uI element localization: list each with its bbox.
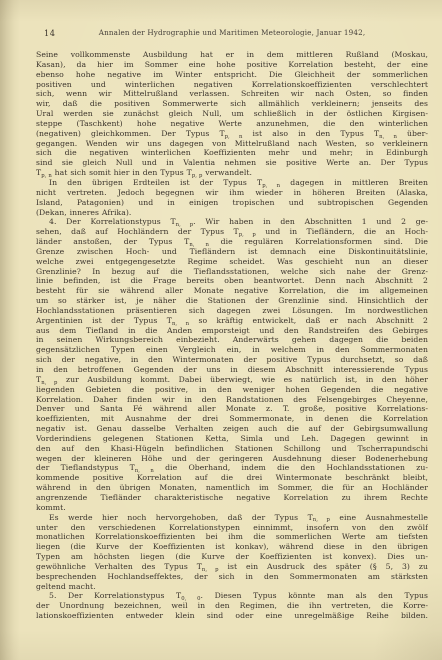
text-line: sich, wenn wir Mittelrußland verlassen. …: [36, 89, 428, 99]
text-line: angrenzende Tiefländer charakteristische…: [36, 493, 428, 503]
text-line: 5. Der Korrelationstypus T0, 0. Diesen T…: [36, 591, 428, 601]
text-line: Argentinien ist der Typus Tn, n so kräft…: [36, 316, 428, 326]
page-number: 14: [44, 28, 56, 38]
text-line: der Tieflandstypus Tn, n die Oberhand, i…: [36, 463, 428, 473]
text-line: welche zwei entgegengesetzte Regime sche…: [36, 257, 428, 267]
text-line: linie befinden, ist die Frage bereits ob…: [36, 276, 428, 286]
text-line: besteht für sie während aller Monate neg…: [36, 286, 428, 296]
text-line: Seine vollkommenste Ausbildung hat er in…: [36, 50, 428, 60]
text-line: um so stärker ist, je näher die Statione…: [36, 296, 428, 306]
text-line: liegen (die Kurve der Koeffizienten ist …: [36, 542, 428, 552]
scanned-document-page: 14 Annalen der Hydrographie und Maritime…: [0, 0, 442, 660]
text-line: gewöhnliche Verhalten des Typus Tn, p is…: [36, 562, 428, 572]
paragraph: 5. Der Korrelationstypus T0, 0. Diesen T…: [36, 591, 428, 621]
text-line: gegangen. Wenden wir uns dagegen von Mit…: [36, 139, 428, 149]
text-line: Ural werden sie zunächst gleich Null, um…: [36, 109, 428, 119]
text-line: In den übrigen Erdteilen ist der Typus T…: [36, 178, 428, 188]
text-line: (Dekan, inneres Afrika).: [36, 208, 428, 218]
text-line: in den betroffenen Gegenden der uns in d…: [36, 365, 428, 375]
text-line: Vorderindiens gelegenen Stationen Ketta,…: [36, 434, 428, 444]
running-header: 14 Annalen der Hydrographie und Maritime…: [36, 28, 428, 40]
text-line: gegensätzlichen Typen einen Vergleich ei…: [36, 345, 428, 355]
text-line: Es werde hier noch hervorgehoben, daß de…: [36, 513, 428, 523]
text-line: steppe (Taschkent) hohe negative Werte a…: [36, 119, 428, 129]
text-line: besprechenden Hochlandseffektes, der sic…: [36, 572, 428, 582]
text-line: den auf den Khasi-Hügeln befindlichen St…: [36, 444, 428, 454]
text-line: Kasan), da hier im Sommer eine hohe posi…: [36, 60, 428, 70]
text-line: Korrelation. Daher finden wir in den Ran…: [36, 395, 428, 405]
text-line: in seinen Wirkungsbereich einbezieht. An…: [36, 335, 428, 345]
text-line: geltend macht.: [36, 582, 428, 592]
text-line: Island, Patagonien) und in einigen tropi…: [36, 198, 428, 208]
text-line: länder anstoßen, der Typus Tn, n die reg…: [36, 237, 428, 247]
text-line: (negativen) gleichkommen. Der Typus Tp, …: [36, 129, 428, 139]
text-line: Hochlandsstationen präsentieren sich dag…: [36, 306, 428, 316]
paragraph: 4. Der Korrelationstypus Tn, p. Wir habe…: [36, 217, 428, 512]
text-line: sich die negativen winterlichen Koeffizi…: [36, 148, 428, 158]
text-line: Tp, n hat sich somit hier in den Typus T…: [36, 168, 428, 178]
journal-title: Annalen der Hydrographie und Maritimen M…: [36, 28, 428, 37]
text-line: sind sie gleich Null und in Valentia neh…: [36, 158, 428, 168]
text-line: während in den übrigen Monaten, namentli…: [36, 483, 428, 493]
text-line: ebenso hohe negative im Winter entsprich…: [36, 70, 428, 80]
text-line: sich der negative, in den Wintermonaten …: [36, 355, 428, 365]
text-line: 4. Der Korrelationstypus Tn, p. Wir habe…: [36, 217, 428, 227]
text-line: negativ ist. Genau dasselbe Verhalten ze…: [36, 424, 428, 434]
text-line: liegenden Gebieten die positive, in den …: [36, 385, 428, 395]
text-line: sehen, daß auf Hochländern der Typus Tp,…: [36, 227, 428, 237]
text-line: nicht vertreten. Jedoch begegnen wir ihm…: [36, 188, 428, 198]
text-line: kommende positive Korrelation auf die dr…: [36, 473, 428, 483]
paragraph: Es werde hier noch hervorgehoben, daß de…: [36, 513, 428, 592]
text-line: Grenzlinie? In bezug auf die Tieflandsst…: [36, 267, 428, 277]
text-line: Denver und Santa Fé während aller Monate…: [36, 404, 428, 414]
text-line: kommt.: [36, 503, 428, 513]
text-line: Tn, p zur Ausbildung kommt. Dabei überwi…: [36, 375, 428, 385]
text-line: aus dem Tiefland in die Anden emporsteig…: [36, 326, 428, 336]
text-line: Grenze zwischen Hoch- und Tiefländern is…: [36, 247, 428, 257]
text-line: lationskoeffizienten entweder klein sind…: [36, 611, 428, 621]
body-text: Seine vollkommenste Ausbildung hat er in…: [36, 50, 428, 621]
text-line: der Unordnung bezeichnen, weil in den Re…: [36, 601, 428, 611]
text-line: Typen am höchsten liegen (die Kurve der …: [36, 552, 428, 562]
text-line: unter den verschiedenen Korrelationstype…: [36, 523, 428, 533]
page-gutter-shadow: [0, 0, 20, 660]
text-line: koeffizienten, mit Ausnahme der drei Som…: [36, 414, 428, 424]
text-line: wir, daß die positiven Sommerwerte sich …: [36, 99, 428, 109]
text-line: wegen der kleineren Höhe und der geringe…: [36, 454, 428, 464]
text-line: monatlichen Korrelationskoeffizienten be…: [36, 532, 428, 542]
paragraph: In den übrigen Erdteilen ist der Typus T…: [36, 178, 428, 217]
text-line: positiven und winterlichen negativen Kor…: [36, 80, 428, 90]
paragraph: Seine vollkommenste Ausbildung hat er in…: [36, 50, 428, 178]
